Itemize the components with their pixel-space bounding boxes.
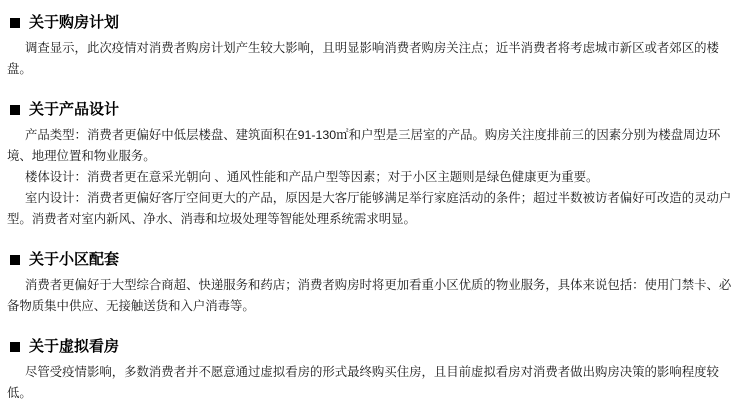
section-heading: 关于产品设计 [0, 102, 744, 118]
paragraph: 尽管受疫情影响，多数消费者并不愿意通过虚拟看房的形式最终购买住房，且目前虚拟看房… [7, 362, 742, 404]
paragraph: 室内设计：消费者更偏好客厅空间更大的产品，原因是大客厅能够满足举行家庭活动的条件… [7, 188, 742, 230]
paragraph: 调查显示，此次疫情对消费者购房计划产生较大影响，且明显影响消费者购房关注点；近半… [7, 38, 742, 80]
paragraph: 消费者更偏好于大型综合商超、快递服务和药店；消费者购房时将更加看重小区优质的物业… [7, 275, 742, 317]
section-title: 关于购房计划 [29, 15, 119, 31]
square-bullet-icon [10, 18, 20, 28]
section-community-facilities: 关于小区配套 消费者更偏好于大型综合商超、快递服务和药店；消费者购房时将更加看重… [0, 252, 744, 317]
section-title: 关于虚拟看房 [29, 339, 119, 355]
section-virtual-viewing: 关于虚拟看房 尽管受疫情影响，多数消费者并不愿意通过虚拟看房的形式最终购买住房，… [0, 339, 744, 404]
section-title: 关于产品设计 [29, 102, 119, 118]
section-heading: 关于购房计划 [0, 15, 744, 31]
section-title: 关于小区配套 [29, 252, 119, 268]
paragraph: 楼体设计：消费者更在意采光朝向 、通风性能和产品户型等因素；对于小区主题则是绿色… [7, 167, 742, 188]
report-page: 关于购房计划 调查显示，此次疫情对消费者购房计划产生较大影响，且明显影响消费者购… [0, 0, 744, 414]
section-purchase-plan: 关于购房计划 调查显示，此次疫情对消费者购房计划产生较大影响，且明显影响消费者购… [0, 15, 744, 80]
section-heading: 关于小区配套 [0, 252, 744, 268]
square-bullet-icon [10, 105, 20, 115]
square-bullet-icon [10, 342, 20, 352]
paragraph: 产品类型：消费者更偏好中低层楼盘、建筑面积在91-130㎡和户型是三居室的产品。… [7, 125, 742, 167]
square-bullet-icon [10, 255, 20, 265]
section-product-design: 关于产品设计 产品类型：消费者更偏好中低层楼盘、建筑面积在91-130㎡和户型是… [0, 102, 744, 230]
section-heading: 关于虚拟看房 [0, 339, 744, 355]
